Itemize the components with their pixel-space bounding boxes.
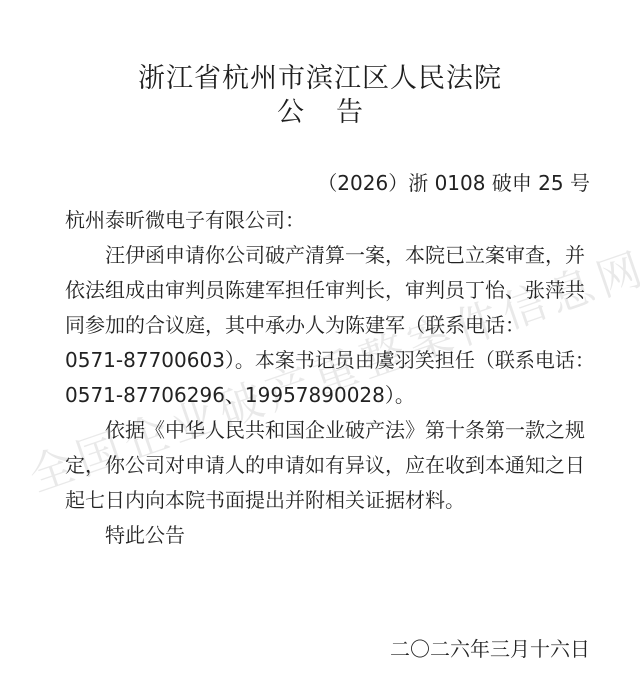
announcement-page: 全国企业破产重整案件信息网 浙江省杭州市滨江区人民法院 公告 （2026）浙 0…	[0, 0, 640, 700]
paragraph-1-line-4: 0571-87700603）。本案书记员由虞羽笑担任（联系电话：	[65, 343, 595, 378]
paragraph-2-line-1: 依据《中华人民共和国企业破产法》第十条第一款之规	[65, 413, 595, 448]
announcement-body: 杭州泰昕微电子有限公司： 汪伊函申请你公司破产清算一案，本院已立案审查，并 依法…	[65, 203, 595, 553]
court-name-heading: 浙江省杭州市滨江区人民法院	[0, 62, 640, 96]
paragraph-1-line-3: 同参加的合议庭，其中承办人为陈建军（联系电话：	[65, 308, 595, 343]
issue-date: 二〇二六年三月十六日	[390, 636, 590, 662]
paragraph-1-line-1: 汪伊函申请你公司破产清算一案，本院已立案审查，并	[65, 238, 595, 273]
closing-statement: 特此公告	[65, 518, 595, 553]
paragraph-1-line-2: 依法组成由审判员陈建军担任审判长，审判员丁怡、张萍共	[65, 273, 595, 308]
paragraph-2-line-2: 定，你公司对申请人的申请如有异议，应在收到本通知之日	[65, 448, 595, 483]
addressee: 杭州泰昕微电子有限公司：	[65, 203, 595, 238]
paragraph-2-line-3: 起七日内向本院书面提出并附相关证据材料。	[65, 483, 595, 518]
paragraph-1-line-5: 0571-87706296、19957890028）。	[65, 378, 595, 413]
document-type-heading: 公告	[0, 96, 640, 130]
case-number: （2026）浙 0108 破申 25 号	[317, 170, 590, 196]
